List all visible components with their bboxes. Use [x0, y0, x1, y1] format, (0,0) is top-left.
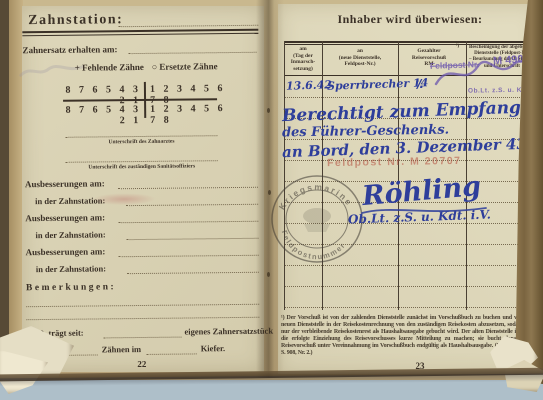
- teeth-chart-vertical-line: [144, 82, 146, 118]
- wear2-dotted-2: [147, 343, 197, 355]
- right-page-heading: Inhaber wird überwiesen:: [300, 12, 520, 27]
- dentist-signature-line: [65, 126, 217, 138]
- legend-missing-teeth: + Fehlende Zähne: [75, 62, 144, 73]
- stamp-eagle-emblem: [304, 224, 330, 232]
- heading-dotted-line: [118, 13, 258, 27]
- officer-signature-line: [66, 151, 218, 163]
- repairs-dotted-3: [119, 245, 259, 257]
- row-line: [285, 307, 536, 308]
- table-col1-header: am (Tag der Inmarsch- setzung): [285, 46, 321, 72]
- teeth-lower-left: 8 7 6 5 4 3 2 1: [63, 104, 141, 127]
- teeth-lower-right: 1 2 3 4 5 6 7 8: [150, 103, 228, 126]
- table-col2-header: an (neue Dienststelle, Feldpost-Nr.): [323, 48, 397, 68]
- wear-dotted: [103, 327, 181, 339]
- repairs-sub-dotted-2: [126, 228, 258, 240]
- binding-stitch: [267, 108, 270, 113]
- book-gutter-shadow: [256, 0, 284, 378]
- repairs-sub-dotted-3: [127, 262, 259, 274]
- binding-stitch: [268, 190, 271, 195]
- remarks-dotted-2: [26, 307, 259, 320]
- repairs-dotted-2: [118, 211, 258, 223]
- repairs-dotted-1: [118, 177, 258, 189]
- binding-stitch: [267, 272, 270, 277]
- remarks-label: Bemerkungen:: [26, 282, 116, 293]
- remarks-dotted-1: [26, 294, 259, 307]
- repairs-label-3: Ausbesserungen am:: [26, 246, 106, 257]
- received-dotted-line: [128, 43, 256, 54]
- repairs-sub-label-2: in der Zahnstation:: [35, 229, 105, 240]
- entry-date: 13.6.42: [286, 78, 332, 93]
- wear2-mid: Zähnen im: [102, 344, 142, 354]
- received-label: Zahnersatz erhalten am:: [22, 44, 117, 55]
- repairs-label-1: Ausbesserungen am:: [25, 178, 105, 189]
- officer-signature-caption: Unterschrift des zuständigen Sanitätsoff…: [56, 163, 228, 171]
- wear2-suffix: Kiefer.: [201, 343, 226, 353]
- repairs-label-2: Ausbesserungen am:: [25, 212, 105, 223]
- legend-replaced-teeth: ○ Ersetzte Zähne: [152, 61, 218, 72]
- table-col3-footnote-marker: ¹): [456, 44, 459, 49]
- scanned-soldbuch-photo: Zahnstation: Zahnersatz erhalten am: + F…: [0, 0, 543, 400]
- left-page-heading: Zahnstation:: [28, 12, 123, 29]
- repairs-sub-label-3: in der Zahnstation:: [36, 263, 106, 274]
- row-line: [285, 286, 536, 287]
- left-page-number: 22: [127, 359, 157, 369]
- entry-travel-advance: ⁒: [416, 77, 423, 91]
- dentist-signature-caption: Unterschrift des Zahnarztes: [65, 138, 217, 146]
- red-feldpost-stamp: Feldpost Nr. M 20707: [327, 155, 462, 169]
